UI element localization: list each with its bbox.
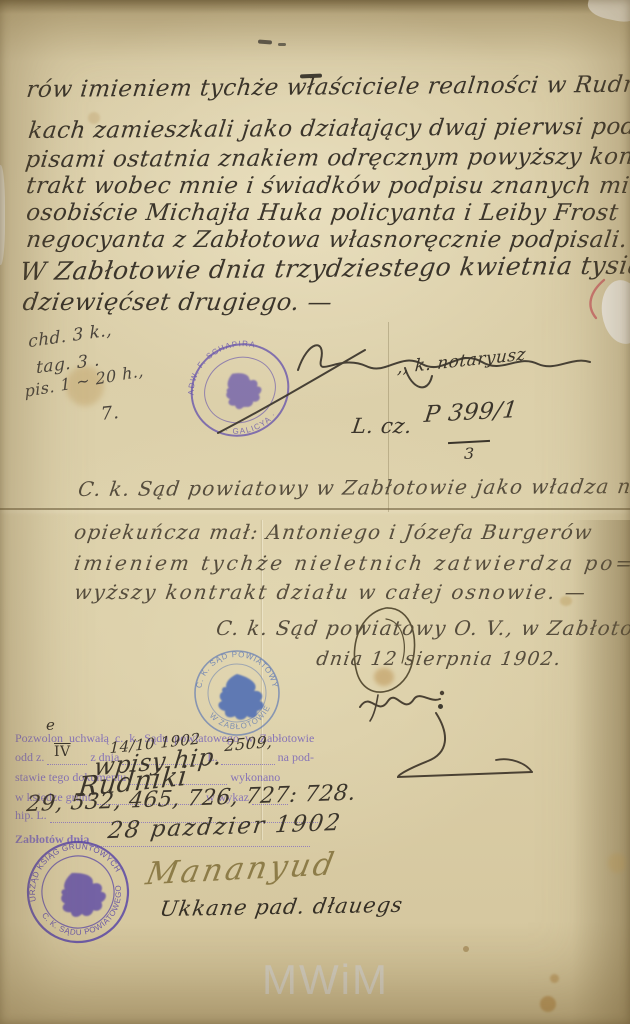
red-pencil-mark [580,278,616,322]
body-line: trakt wobec mnie i świadków podpisu znan… [25,173,630,199]
body-line: dziewięćset drugiego. — [21,288,334,316]
case-number-label: L. cz. [351,414,414,438]
form-blank [221,753,275,765]
form-label: na pod- [278,750,314,764]
court-line: imieniem tychże nieletnich zatwierdza po… [73,551,630,575]
court-line: opiekuńcza mał: Antoniego i Józefa Burge… [73,520,595,544]
form-entry-section: IV [54,744,71,760]
watermark: MWiM [262,956,389,1004]
body-line: pisami ostatnia znakiem odręcznym powyżs… [24,144,630,173]
eagle-emblem [218,674,263,720]
body-line: kach zamieszkali jako działający dwaj pi… [27,114,630,144]
registrar-note: Ukkane pad. dłauegs [158,893,405,921]
form-label: odd z. [15,750,44,764]
eagle-emblem [53,865,110,922]
form-label: wykonano [230,770,280,784]
case-fraction: 3 [464,444,475,463]
body-line: rów imieniem tychże właściciele realnośc… [25,71,630,103]
form-entry-correction: e [46,716,55,734]
horizontal-fold-crease [0,508,630,510]
scanned-document: 12 rów imieniem tychże właściciele realn… [0,0,630,1024]
case-number: P 399/1 [423,397,520,428]
court-line: C. k. Sąd powiatowy w Zabłotowie jako wł… [77,474,630,501]
fee-note: 7. [100,402,120,425]
body-line: negocyanta z Zabłotowa własnoręcznie pod… [25,227,630,253]
judge-paraph-signature [290,595,550,795]
top-edge-shadow [0,0,630,14]
body-line: osobiście Michajła Huka policyanta i Lei… [25,200,620,226]
court-blue-stamp: C. K. SĄD POWIATOWY W ZABŁOTOWIE [192,648,282,738]
